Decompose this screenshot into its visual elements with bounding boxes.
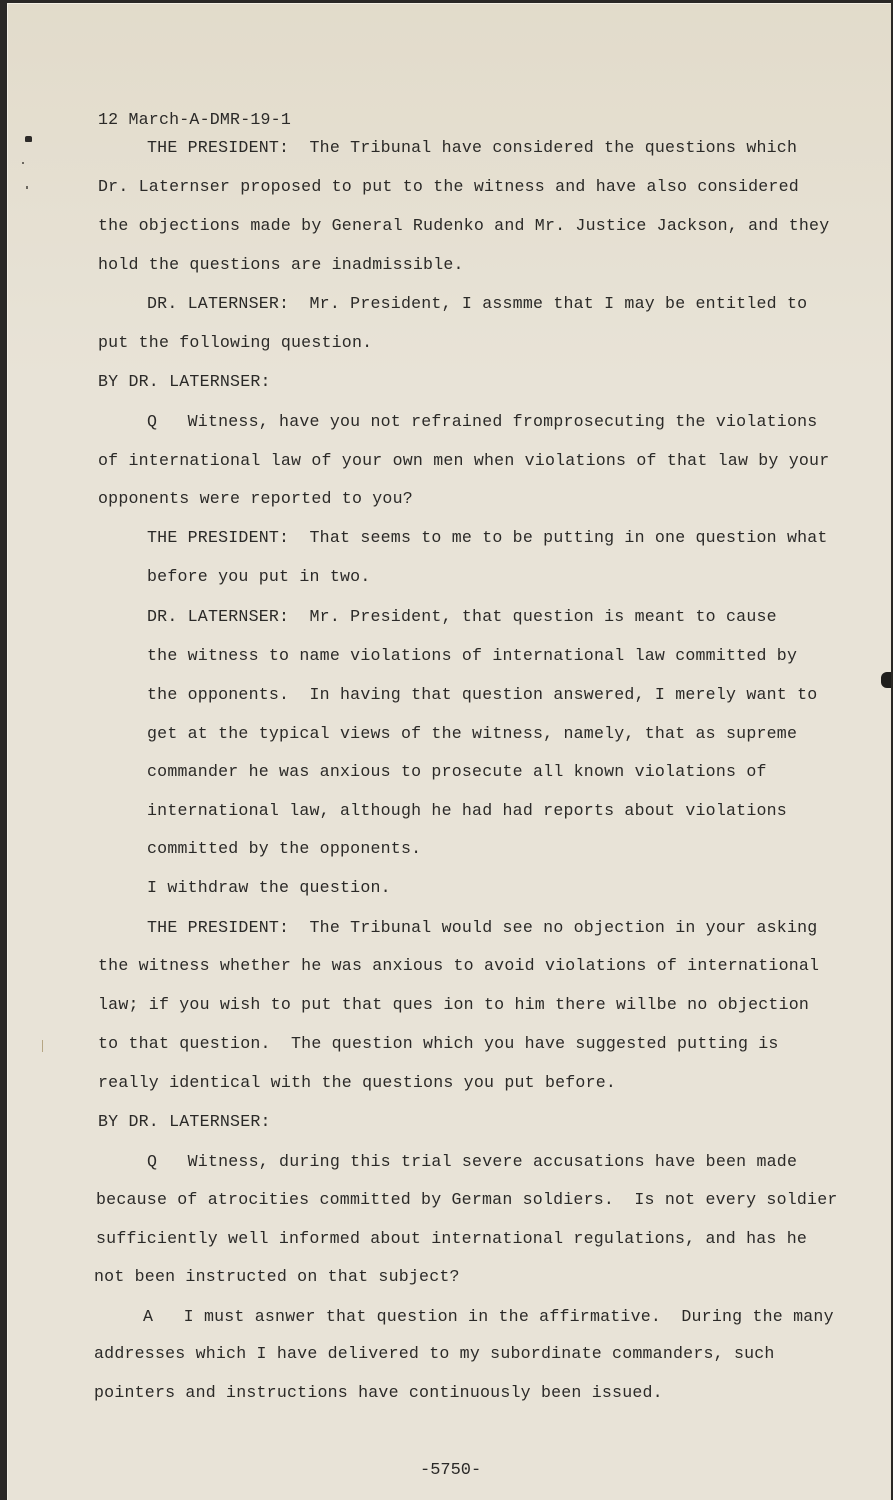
transcript-line: THE PRESIDENT: That seems to me to be pu… bbox=[147, 530, 828, 547]
transcript-line: BY DR. LATERNSER: bbox=[98, 374, 271, 391]
transcript-line: not been instructed on that subject? bbox=[94, 1269, 460, 1286]
transcript-line: addresses which I have delivered to my s… bbox=[94, 1346, 775, 1363]
transcript-line: committed by the opponents. bbox=[147, 841, 421, 858]
page-number: -5750- bbox=[420, 1462, 481, 1479]
transcript-line: law; if you wish to put that ques ion to… bbox=[98, 997, 809, 1014]
transcript-line: THE PRESIDENT: The Tribunal have conside… bbox=[147, 140, 797, 157]
transcript-line: sufficiently well informed about interna… bbox=[96, 1231, 807, 1248]
transcript-line: really identical with the questions you … bbox=[98, 1075, 616, 1092]
transcript-line: international law, although he had had r… bbox=[147, 803, 787, 820]
transcript-line: of international law of your own men whe… bbox=[98, 453, 829, 470]
transcript-line: because of atrocities committed by Germa… bbox=[96, 1192, 838, 1209]
transcript-line: A I must asnwer that question in the aff… bbox=[143, 1309, 834, 1326]
transcript-line: opponents were reported to you? bbox=[98, 491, 413, 508]
transcript-line: the witness whether he was anxious to av… bbox=[98, 958, 819, 975]
transcript-line: hold the questions are inadmissible. bbox=[98, 257, 464, 274]
transcript-line: pointers and instructions have continuou… bbox=[94, 1385, 663, 1402]
transcript-line: the opponents. In having that question a… bbox=[147, 687, 817, 704]
transcript-line: the witness to name violations of intern… bbox=[147, 648, 797, 665]
transcript-line: put the following question. bbox=[98, 335, 372, 352]
clip-mark bbox=[881, 672, 891, 688]
transcript-line: Dr. Laternser proposed to put to the wit… bbox=[98, 179, 799, 196]
transcript-line: before you put in two. bbox=[147, 569, 370, 586]
transcript-line: Q Witness, during this trial severe accu… bbox=[147, 1154, 797, 1171]
transcript-line: the objections made by General Rudenko a… bbox=[98, 218, 829, 235]
binder-hole-mark bbox=[25, 136, 32, 142]
transcript-line: DR. LATERNSER: Mr. President, I assmme t… bbox=[147, 296, 807, 313]
paper-speck bbox=[26, 186, 28, 189]
transcript-line: THE PRESIDENT: The Tribunal would see no… bbox=[147, 920, 817, 937]
transcript-line: to that question. The question which you… bbox=[98, 1036, 779, 1053]
transcript-line: BY DR. LATERNSER: bbox=[98, 1114, 271, 1131]
transcript-line: DR. LATERNSER: Mr. President, that quest… bbox=[147, 609, 777, 626]
transcript-line: get at the typical views of the witness,… bbox=[147, 726, 797, 743]
transcript-line: I withdraw the question. bbox=[147, 880, 391, 897]
paper-speck bbox=[22, 162, 24, 164]
transcript-line: commander he was anxious to prosecute al… bbox=[147, 764, 767, 781]
document-header-code: 12 March-A-DMR-19-1 bbox=[98, 112, 291, 129]
paper-streak bbox=[42, 1040, 43, 1052]
transcript-line: Q Witness, have you not refrained frompr… bbox=[147, 414, 817, 431]
